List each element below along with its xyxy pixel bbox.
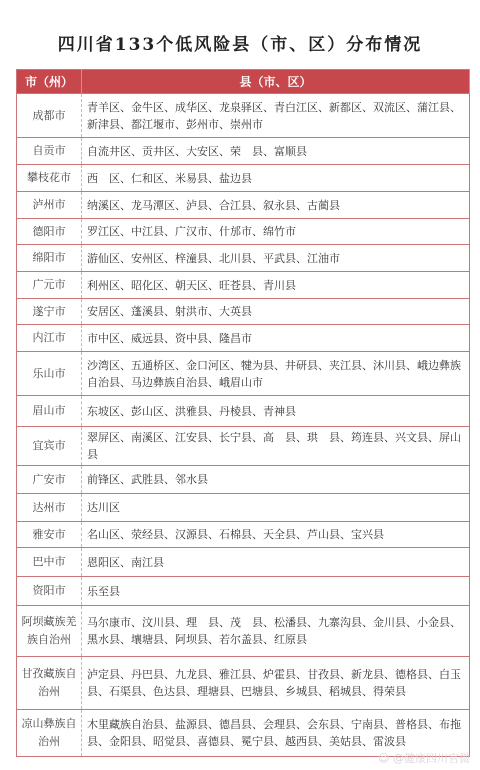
city-cell: 眉山市	[17, 396, 82, 427]
table-row: 宜宾市翠屏区、南溪区、江安县、长宁县、高 县、珙 县、筠连县、兴文县、屏山县	[17, 427, 470, 466]
table-row: 泸州市纳溪区、龙马潭区、泸县、合江县、叙永县、古蔺县	[17, 192, 470, 219]
counties-cell: 泸定县、丹巴县、九龙县、雅江县、炉霍县、甘孜县、新龙县、德格县、白玉县、石渠县、…	[82, 657, 470, 710]
counties-cell: 青羊区、金牛区、成华区、龙泉驿区、青白江区、新都区、双流区、蒲江县、新津县、都江…	[82, 94, 470, 138]
table-row: 巴中市恩阳区、南江县	[17, 548, 470, 577]
city-cell: 阿坝藏族羌族自治州	[17, 606, 82, 657]
counties-cell: 名山区、荥经县、汉源县、石棉县、天全县、芦山县、宝兴县	[82, 522, 470, 548]
table-row: 广元市利州区、昭化区、朝天区、旺苍县、青川县	[17, 272, 470, 299]
table-row: 眉山市东坡区、彭山区、洪雅县、丹棱县、青神县	[17, 396, 470, 427]
counties-cell: 市中区、威远县、资中县、隆昌市	[82, 325, 470, 352]
table-row: 德阳市罗江区、中江县、广汉市、什邡市、绵竹市	[17, 219, 470, 245]
table-row: 绵阳市游仙区、安州区、梓潼县、北川县、平武县、江油市	[17, 245, 470, 272]
counties-cell: 安居区、蓬溪县、射洪市、大英县	[82, 299, 470, 325]
table-header-row: 市（州） 县（市、区）	[17, 70, 470, 94]
city-cell: 广安市	[17, 466, 82, 494]
table-row: 雅安市名山区、荥经县、汉源县、石棉县、天全县、芦山县、宝兴县	[17, 522, 470, 548]
counties-cell: 西 区、仁和区、米易县、盐边县	[82, 165, 470, 192]
low-risk-county-table: 市（州） 县（市、区） 成都市青羊区、金牛区、成华区、龙泉驿区、青白江区、新都区…	[16, 69, 470, 757]
page-title: 四川省133个低风险县（市、区）分布情况	[0, 30, 480, 55]
city-cell: 雅安市	[17, 522, 82, 548]
counties-cell: 前锋区、武胜县、邻水县	[82, 466, 470, 494]
city-cell: 德阳市	[17, 219, 82, 245]
city-cell: 广元市	[17, 272, 82, 299]
counties-cell: 翠屏区、南溪区、江安县、长宁县、高 县、珙 县、筠连县、兴文县、屏山县	[82, 427, 470, 466]
city-cell: 资阳市	[17, 577, 82, 606]
table-row: 内江市市中区、威远县、资中县、隆昌市	[17, 325, 470, 352]
city-cell: 内江市	[17, 325, 82, 352]
city-cell: 自贡市	[17, 138, 82, 165]
city-cell: 乐山市	[17, 352, 82, 396]
watermark: ☺ @健康四川官微	[378, 750, 470, 766]
city-cell: 达州市	[17, 494, 82, 522]
table-row: 广安市前锋区、武胜县、邻水县	[17, 466, 470, 494]
counties-cell: 恩阳区、南江县	[82, 548, 470, 577]
watermark-text: @健康四川官微	[393, 752, 470, 765]
city-cell: 凉山彝族自治州	[17, 710, 82, 757]
city-cell: 成都市	[17, 94, 82, 138]
counties-cell: 纳溪区、龙马潭区、泸县、合江县、叙永县、古蔺县	[82, 192, 470, 219]
table-row: 甘孜藏族自治州泸定县、丹巴县、九龙县、雅江县、炉霍县、甘孜县、新龙县、德格县、白…	[17, 657, 470, 710]
header-counties: 县（市、区）	[82, 70, 470, 94]
counties-cell: 乐至县	[82, 577, 470, 606]
counties-cell: 东坡区、彭山区、洪雅县、丹棱县、青神县	[82, 396, 470, 427]
counties-cell: 利州区、昭化区、朝天区、旺苍县、青川县	[82, 272, 470, 299]
city-cell: 遂宁市	[17, 299, 82, 325]
city-cell: 攀枝花市	[17, 165, 82, 192]
city-cell: 宜宾市	[17, 427, 82, 466]
weibo-icon: ☺	[378, 752, 389, 765]
counties-cell: 马尔康市、汶川县、理 县、茂 县、松潘县、九寨沟县、金川县、小金县、黑水县、壤塘…	[82, 606, 470, 657]
counties-cell: 沙湾区、五通桥区、金口河区、犍为县、井研县、夹江县、沐川县、峨边彝族自治县、马边…	[82, 352, 470, 396]
table-row: 攀枝花市西 区、仁和区、米易县、盐边县	[17, 165, 470, 192]
counties-cell: 罗江区、中江县、广汉市、什邡市、绵竹市	[82, 219, 470, 245]
city-cell: 甘孜藏族自治州	[17, 657, 82, 710]
counties-cell: 游仙区、安州区、梓潼县、北川县、平武县、江油市	[82, 245, 470, 272]
table-row: 达州市达川区	[17, 494, 470, 522]
city-cell: 巴中市	[17, 548, 82, 577]
header-city: 市（州）	[17, 70, 82, 94]
table-row: 阿坝藏族羌族自治州马尔康市、汶川县、理 县、茂 县、松潘县、九寨沟县、金川县、小…	[17, 606, 470, 657]
table-row: 乐山市沙湾区、五通桥区、金口河区、犍为县、井研县、夹江县、沐川县、峨边彝族自治县…	[17, 352, 470, 396]
table-row: 成都市青羊区、金牛区、成华区、龙泉驿区、青白江区、新都区、双流区、蒲江县、新津县…	[17, 94, 470, 138]
counties-cell: 自流井区、贡井区、大安区、荣 县、富顺县	[82, 138, 470, 165]
city-cell: 绵阳市	[17, 245, 82, 272]
city-cell: 泸州市	[17, 192, 82, 219]
table-row: 自贡市自流井区、贡井区、大安区、荣 县、富顺县	[17, 138, 470, 165]
table-row: 资阳市乐至县	[17, 577, 470, 606]
table-row: 遂宁市安居区、蓬溪县、射洪市、大英县	[17, 299, 470, 325]
counties-cell: 达川区	[82, 494, 470, 522]
